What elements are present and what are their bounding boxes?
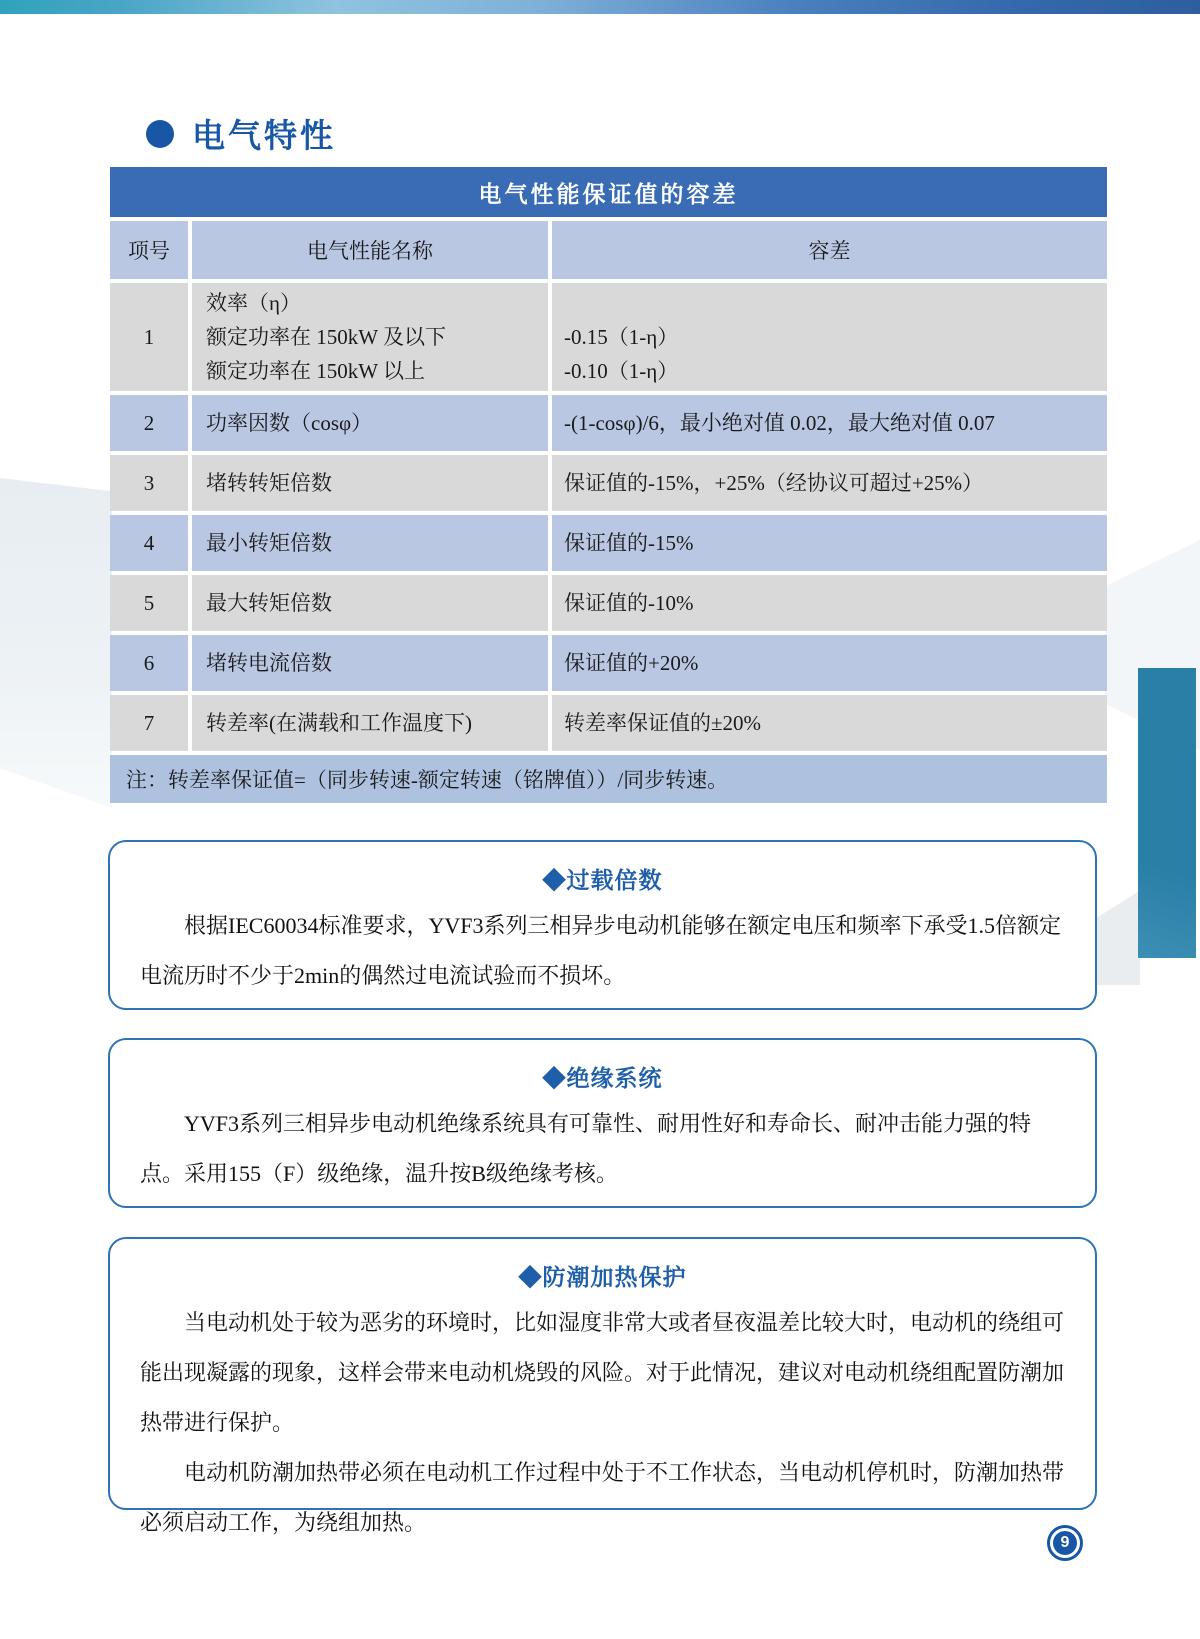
table-header-row: 项号 电气性能名称 容差 — [110, 221, 1107, 279]
table-title: 电气性能保证值的容差 — [110, 167, 1107, 217]
table-row: 4最小转矩倍数保证值的-15% — [110, 515, 1107, 571]
tolerance-table: 电气性能保证值的容差 项号 电气性能名称 容差 1效率（η）额定功率在 150k… — [110, 167, 1107, 803]
cell-line: 3 — [144, 466, 155, 500]
cell-line: 2 — [144, 406, 155, 440]
info-box-paragraph: 电动机防潮加热带必须在电动机工作过程中处于不工作状态，当电动机停机时，防潮加热带… — [140, 1448, 1065, 1548]
cell-line: 保证值的-10% — [564, 586, 1107, 620]
cell-tolerance: -0.15（1-η）-0.10（1-η） — [552, 283, 1107, 391]
cell-item-no: 2 — [110, 395, 188, 451]
cell-tolerance: -(1-cosφ)/6，最小绝对值 0.02，最大绝对值 0.07 — [552, 395, 1107, 451]
info-box-title: ◆过载倍数 — [140, 862, 1065, 895]
cell-item-no: 6 — [110, 635, 188, 691]
table-row: 6堵转电流倍数保证值的+20% — [110, 635, 1107, 691]
cell-performance-name: 最小转矩倍数 — [192, 515, 548, 571]
cell-performance-name: 最大转矩倍数 — [192, 575, 548, 631]
cell-item-no: 7 — [110, 695, 188, 751]
table-row: 2功率因数（cosφ）-(1-cosφ)/6，最小绝对值 0.02，最大绝对值 … — [110, 395, 1107, 451]
cell-item-no: 3 — [110, 455, 188, 511]
section-heading-text: 电气特性 — [192, 110, 336, 157]
cell-tolerance: 保证值的-10% — [552, 575, 1107, 631]
right-accent-bar — [1138, 668, 1196, 958]
page: 电气特性 电气性能保证值的容差 项号 电气性能名称 容差 1效率（η）额定功率在… — [0, 0, 1200, 1639]
cell-line: -0.15（1-η） — [564, 320, 1107, 354]
info-box-body: YVF3系列三相异步电动机绝缘系统具有可靠性、耐用性好和寿命长、耐冲击能力强的特… — [140, 1099, 1065, 1199]
top-accent-bar — [0, 0, 1200, 14]
cell-line: 保证值的-15% — [564, 526, 1107, 560]
cell-line: 效率（η） — [206, 286, 548, 320]
info-box-paragraph: 当电动机处于较为恶劣的环境时，比如湿度非常大或者昼夜温差比较大时，电动机的绕组可… — [140, 1298, 1065, 1448]
cell-line: 保证值的-15%，+25%（经协议可超过+25%） — [564, 466, 1107, 500]
cell-performance-name: 堵转转矩倍数 — [192, 455, 548, 511]
cell-line: 7 — [144, 706, 155, 740]
info-box-title: ◆防潮加热保护 — [140, 1259, 1065, 1292]
info-box-body: 根据IEC60034标准要求，YVF3系列三相异步电动机能够在额定电压和频率下承… — [140, 901, 1065, 1001]
cell-tolerance: 保证值的-15% — [552, 515, 1107, 571]
info-box: ◆防潮加热保护当电动机处于较为恶劣的环境时，比如湿度非常大或者昼夜温差比较大时，… — [108, 1237, 1097, 1510]
col-header-item-no: 项号 — [110, 221, 188, 279]
table-row: 3堵转转矩倍数保证值的-15%，+25%（经协议可超过+25%） — [110, 455, 1107, 511]
info-box: ◆绝缘系统YVF3系列三相异步电动机绝缘系统具有可靠性、耐用性好和寿命长、耐冲击… — [108, 1038, 1097, 1208]
info-box: ◆过载倍数根据IEC60034标准要求，YVF3系列三相异步电动机能够在额定电压… — [108, 840, 1097, 1010]
cell-line — [564, 286, 1107, 320]
cell-line: 最大转矩倍数 — [206, 586, 548, 620]
col-header-tolerance: 容差 — [552, 221, 1107, 279]
cell-line: 5 — [144, 586, 155, 620]
col-header-name: 电气性能名称 — [192, 221, 548, 279]
info-box-title: ◆绝缘系统 — [140, 1060, 1065, 1093]
cell-performance-name: 功率因数（cosφ） — [192, 395, 548, 451]
cell-line: 4 — [144, 526, 155, 560]
cell-item-no: 5 — [110, 575, 188, 631]
cell-performance-name: 效率（η）额定功率在 150kW 及以下额定功率在 150kW 以上 — [192, 283, 548, 391]
cell-line: 堵转转矩倍数 — [206, 466, 548, 500]
cell-line: 转差率(在满载和工作温度下) — [206, 706, 548, 740]
cell-line: -(1-cosφ)/6，最小绝对值 0.02，最大绝对值 0.07 — [564, 406, 1107, 440]
cell-line: 额定功率在 150kW 及以下 — [206, 320, 548, 354]
cell-performance-name: 转差率(在满载和工作温度下) — [192, 695, 548, 751]
bullet-icon — [146, 120, 174, 148]
cell-tolerance: 转差率保证值的±20% — [552, 695, 1107, 751]
cell-line: 转差率保证值的±20% — [564, 706, 1107, 740]
cell-item-no: 4 — [110, 515, 188, 571]
cell-line: 保证值的+20% — [564, 646, 1107, 680]
cell-tolerance: 保证值的-15%，+25%（经协议可超过+25%） — [552, 455, 1107, 511]
cell-line: -0.10（1-η） — [564, 354, 1107, 388]
cell-performance-name: 堵转电流倍数 — [192, 635, 548, 691]
page-number-badge: 9 — [1047, 1525, 1083, 1561]
page-number: 9 — [1053, 1531, 1077, 1555]
table-row: 5最大转矩倍数保证值的-10% — [110, 575, 1107, 631]
info-box-paragraph: YVF3系列三相异步电动机绝缘系统具有可靠性、耐用性好和寿命长、耐冲击能力强的特… — [140, 1099, 1065, 1199]
table-row: 1效率（η）额定功率在 150kW 及以下额定功率在 150kW 以上-0.15… — [110, 283, 1107, 391]
cell-line: 最小转矩倍数 — [206, 526, 548, 560]
info-box-paragraph: 根据IEC60034标准要求，YVF3系列三相异步电动机能够在额定电压和频率下承… — [140, 901, 1065, 1001]
table-row: 7转差率(在满载和工作温度下)转差率保证值的±20% — [110, 695, 1107, 751]
table-note: 注：转差率保证值=（同步转速-额定转速（铭牌值））/同步转速。 — [110, 755, 1107, 803]
info-box-body: 当电动机处于较为恶劣的环境时，比如湿度非常大或者昼夜温差比较大时，电动机的绕组可… — [140, 1298, 1065, 1548]
cell-line: 堵转电流倍数 — [206, 646, 548, 680]
cell-line: 6 — [144, 646, 155, 680]
background-shape-left — [0, 478, 112, 808]
section-heading: 电气特性 — [146, 110, 336, 157]
table-rows: 1效率（η）额定功率在 150kW 及以下额定功率在 150kW 以上-0.15… — [110, 283, 1107, 751]
cell-line: 1 — [144, 320, 155, 354]
cell-tolerance: 保证值的+20% — [552, 635, 1107, 691]
cell-line: 功率因数（cosφ） — [206, 406, 548, 440]
cell-item-no: 1 — [110, 283, 188, 391]
cell-line: 额定功率在 150kW 以上 — [206, 354, 548, 388]
